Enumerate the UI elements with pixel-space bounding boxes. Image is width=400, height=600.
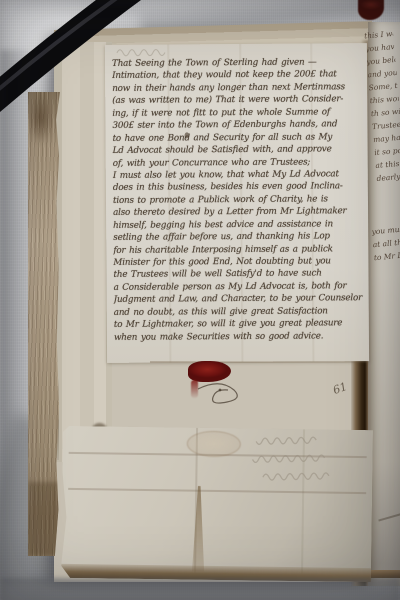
facing-page-bottom-edge xyxy=(368,570,400,578)
letter-page: That Seeing the Town of Sterling had giv… xyxy=(105,43,369,363)
pen-flourish xyxy=(190,377,252,407)
letter-line: to Mr Lightmaker, so will it give you gr… xyxy=(114,317,364,331)
ink-speck xyxy=(185,132,189,138)
facing-page-text-lower: you must havat all the aboto Mr Doug xyxy=(371,223,400,271)
page-edges-dark-bottom xyxy=(28,482,60,556)
cloth-fold-bottom xyxy=(0,578,400,600)
letter-line: Ld Advocat should be Satisfied with, and… xyxy=(113,143,363,157)
manuscript-book: this I wouyou have hadyou below fand you… xyxy=(0,0,400,600)
bleedthrough-writing xyxy=(230,430,331,494)
address-leaf xyxy=(61,426,373,582)
letter-line: 300£ ster into the Town of Edenburghs ha… xyxy=(112,118,362,132)
letter-line: when you make Securities with so good ad… xyxy=(114,330,364,344)
letter-line: setling the affair before us, and thanki… xyxy=(113,230,363,244)
facing-line: dearly pray xyxy=(376,170,400,185)
faint-inscription xyxy=(115,45,173,57)
paper-edge-line xyxy=(150,361,368,363)
red-wax-mark xyxy=(358,0,384,20)
facing-line: to Mr Doug xyxy=(373,249,400,264)
page-edges xyxy=(28,92,60,556)
letter-line: Minister for this good End, Not doubting… xyxy=(113,255,363,269)
leaf-stain xyxy=(190,486,207,572)
letter-text: That Seeing the Town of Sterling had giv… xyxy=(112,56,364,344)
photo: this I wouyou have hadyou below fand you… xyxy=(0,0,400,600)
folded-paper-edges xyxy=(54,42,112,462)
page-edges-dark-top xyxy=(28,92,60,156)
